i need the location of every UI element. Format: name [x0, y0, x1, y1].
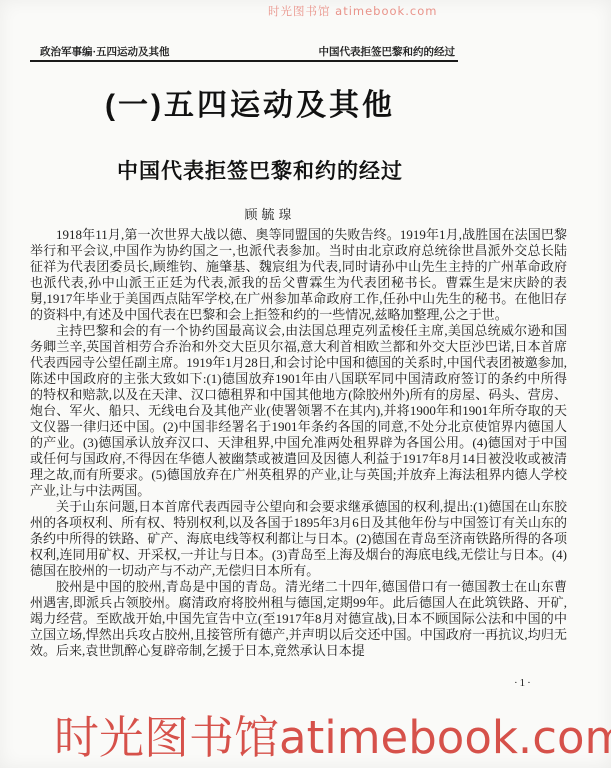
watermark-top: 时光图书馆 atimebook.com [268, 3, 437, 19]
article-body: 1918年11月,第一次世界大战以德、奥等同盟国的失败告终。1919年1月,战胜… [30, 227, 567, 659]
article-title: 中国代表拒签巴黎和约的经过 [20, 155, 500, 185]
scanned-page: 时光图书馆 atimebook.com 政治军事编·五四运动及其他 中国代表拒签… [0, 0, 611, 768]
header-rule [30, 60, 458, 62]
watermark-bottom: 时光图书馆atimebook.com [54, 701, 611, 766]
running-header-right: 中国代表拒签巴黎和约的经过 [319, 44, 456, 59]
body-paragraph: 关于山东问题,日本首席代表西园寺公望向和会要求继承德国的权利,提出:(1)德国在… [30, 499, 567, 579]
author-name: 顾毓瑔 [30, 204, 510, 223]
body-paragraph: 主持巴黎和会的有一个协约国最高议会,由法国总理克列孟梭任主席,美国总统威尔逊和国… [30, 323, 567, 499]
running-header-left: 政治军事编·五四运动及其他 [40, 44, 170, 59]
body-paragraph: 胶州是中国的胶州,青岛是中国的青岛。清光绪二十四年,德国借口有一德国教士在山东曹… [30, 579, 567, 659]
running-header: 政治军事编·五四运动及其他 中国代表拒签巴黎和约的经过 [40, 44, 455, 59]
chapter-title: (一)五四运动及其他 [20, 80, 480, 124]
page-number: ·1· [514, 677, 533, 689]
body-paragraph: 1918年11月,第一次世界大战以德、奥等同盟国的失败告终。1919年1月,战胜… [30, 227, 567, 323]
